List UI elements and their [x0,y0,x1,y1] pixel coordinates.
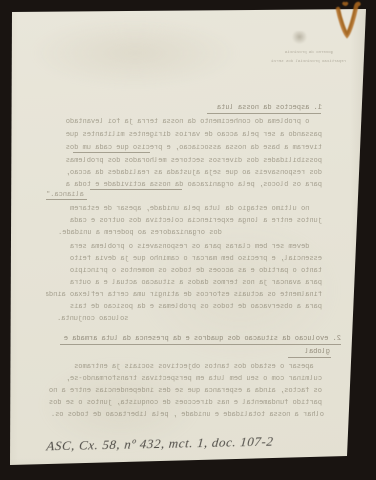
typewritten-line-mirrored: finalmente os actuais esforcos de atingi… [46,291,322,300]
paper-sheet: governo da provinciareparticao provincia… [0,0,376,480]
typewritten-line-mirrored: olhar a nossa totalidade e unidade , pel… [44,411,324,420]
typewritten-line-mirrored: os factos, ainda a esperanca que se des … [46,387,322,396]
typewritten-line-mirrored: dos responsaveis ao que seja ajustada as… [58,169,322,178]
typewritten-line-mirrored: 1. aspectos da nossa luta [207,104,322,113]
typewritten-line-mirrored: apesar o estado dos tantos objectivos so… [58,363,322,372]
typewritten-line-mirrored: possibilidades dos diversos sectores mel… [58,157,322,166]
letterhead-emblem [292,31,307,44]
typewritten-line-mirrored: alianca." [46,191,110,200]
typewritten-text-layer: 1. aspectos da nossa luta o problema do … [0,0,376,480]
typewritten-line-mirrored: tanto o partido e as accoes de todos os … [58,267,322,276]
typewritten-underline [60,344,341,345]
typewritten-underline [73,152,150,153]
typewritten-line-mirrored: o problema do conhecimento da nossa terr… [58,118,322,127]
typewritten-line-mirrored: solucao conjunta. [57,315,147,324]
letterhead-line-mirrored: governo da provincia [283,50,333,56]
paper-stain [30,18,240,88]
typewritten-underline [288,357,331,358]
typewritten-line-mirrored: passando a ser pela accao de varios diri… [58,131,322,140]
typewritten-line-mirrored: para os blocos, pela organizacao da noss… [58,181,322,190]
typewritten-underline [90,189,182,190]
typewritten-line-mirrored: juntos entre a longa experiencia colecti… [58,217,322,226]
letterhead-line-mirrored: reparticao provincial dos servicos [271,59,346,65]
typewritten-line-mirrored: devem ser bem claras para os responsavei… [58,243,322,252]
typewritten-line-mirrored: partido fundamental e nas direccoes de c… [46,399,322,408]
paper-stain [140,220,340,360]
typewritten-line-mirrored: no ultimo estagio da luta pela unidade, … [58,205,322,214]
typewritten-line-mirrored: para avancar ja nos termos dados a situa… [58,279,322,288]
document-scan: governo da provinciareparticao provincia… [0,0,376,480]
typewritten-line-mirrored: culminar com o seu bem luta em perspecti… [58,375,322,384]
typewritten-line-mirrored: dos organizadores ao poderem a unidade. [58,229,228,238]
typewritten-line-mirrored: para a observacao de todos os problemas … [58,303,322,312]
typewritten-underline [46,199,87,200]
archive-reference-annotation: ASC, Cx. 58, nº 432, mct. 1, doc. 107-2 [45,434,277,465]
typewritten-line-mirrored: 2. evolucao da situacao dos quadros e da… [60,335,341,344]
typewritten-underline [207,113,321,114]
typewritten-line-mirrored: global [288,348,330,357]
typewritten-line-mirrored: tiveram a base da nossa associacao, e pr… [58,144,322,153]
typewritten-line-mirrored: essencial, e preciso bem marcar o caminh… [58,255,322,264]
paper-stain [40,360,200,450]
orange-crayon-v-mark [332,0,364,46]
